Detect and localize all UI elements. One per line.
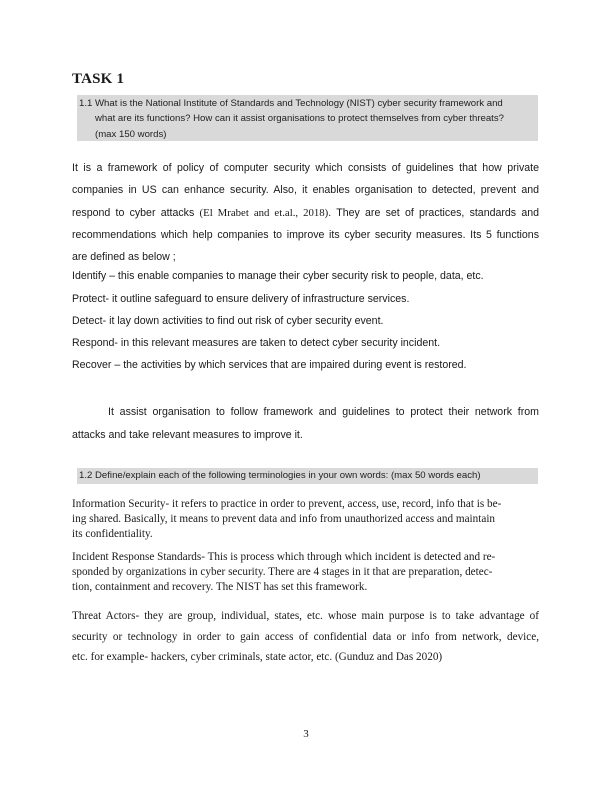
paragraph-line: ing shared. Basically, it means to preve… [72, 512, 542, 527]
paragraph-line: security or technology in order to gain … [72, 627, 539, 648]
text-run: respond to cyber attacks [72, 207, 200, 219]
document-page: TASK 1 1.1 What is the National Institut… [0, 0, 612, 792]
paragraph-line: Information Security- it refers to pract… [72, 497, 542, 512]
function-protect: Protect- it outline safeguard to ensure … [72, 293, 409, 305]
paragraph-line: attacks and take relevant measures to im… [72, 424, 539, 447]
term-threat-actors: Threat Actors- they are group, individua… [72, 606, 542, 668]
paragraph-line: It assist organisation to follow framewo… [72, 401, 539, 424]
term-information-security: Information Security- it refers to pract… [72, 497, 542, 542]
question-1-1-text: What is the National Institute of Standa… [95, 96, 535, 142]
term-incident-response-standards: Incident Response Standards- This is pro… [72, 550, 542, 595]
citation: (El Mrabet and et.al., 2018) [200, 207, 329, 219]
function-recover: Recover – the activities by which servic… [72, 359, 467, 371]
task-heading: TASK 1 [72, 71, 124, 88]
question-1-1-box: 1.1 What is the National Institute of St… [77, 95, 538, 141]
paragraph-line: its confidentiality. [72, 527, 542, 542]
question-line: what are its functions? How can it assis… [95, 111, 535, 126]
function-respond: Respond- in this relevant measures are t… [72, 337, 440, 349]
function-identify: Identify – this enable companies to mana… [72, 270, 484, 282]
question-number: 1.1 [79, 96, 92, 111]
question-line: What is the National Institute of Standa… [95, 96, 535, 111]
paragraph-line: sponded by organizations in cyber securi… [72, 565, 542, 580]
question-line: (max 150 words) [95, 127, 535, 142]
paragraph-line: recommendations which help companies to … [72, 224, 539, 246]
page-number: 3 [0, 728, 612, 740]
closing-paragraph: It assist organisation to follow framewo… [72, 401, 539, 446]
question-1-2-box: 1.2 Define/explain each of the following… [77, 468, 538, 484]
paragraph-line: are defined as below ; [72, 246, 539, 268]
paragraph-line: Incident Response Standards- This is pro… [72, 550, 542, 565]
paragraph-line: respond to cyber attacks (El Mrabet and … [72, 202, 539, 224]
paragraph-line: tion, containment and recovery. The NIST… [72, 580, 542, 595]
paragraph-line: It is a framework of policy of computer … [72, 157, 539, 179]
answer-1-1-paragraph: It is a framework of policy of computer … [72, 157, 539, 268]
text-run: . They are set of practices, standards a… [328, 207, 539, 219]
function-detect: Detect- it lay down activities to find o… [72, 315, 383, 327]
paragraph-line: companies in US can enhance security. Al… [72, 179, 539, 201]
question-1-2-text: 1.2 Define/explain each of the following… [79, 468, 481, 484]
paragraph-line: etc. for example- hackers, cyber crimina… [72, 647, 539, 668]
paragraph-line: Threat Actors- they are group, individua… [72, 606, 539, 627]
